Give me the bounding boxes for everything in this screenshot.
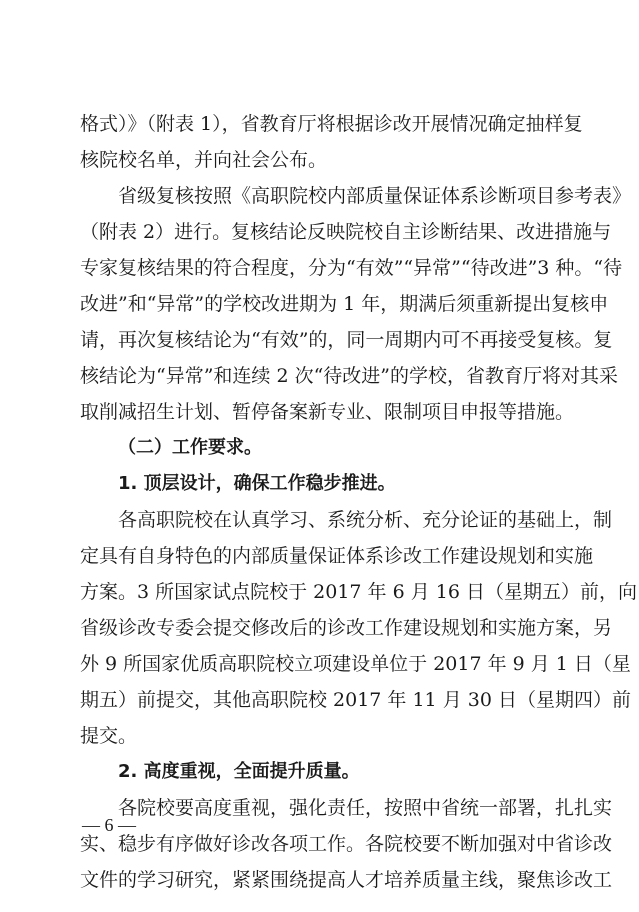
- text-line: 各院校要高度重视，强化责任，按照中省统一部署，扎扎实: [80, 790, 562, 826]
- text-line: 各高职院校在认真学习、系统分析、充分论证的基础上，制: [80, 502, 562, 538]
- text-line: 提交。: [80, 718, 562, 754]
- text-line: 取削减招生计划、暂停备案新专业、限制项目申报等措施。: [80, 394, 562, 430]
- section-heading: （二）工作要求。: [80, 430, 562, 466]
- subsection-heading: 1. 顶层设计，确保工作稳步推进。: [80, 466, 562, 502]
- text-line: 方案。3 所国家试点院校于 2017 年 6 月 16 日（星期五）前，向: [80, 574, 562, 610]
- page-number: — 6 —: [82, 812, 136, 838]
- document-page: 格式）》（附表 1），省教育厅将根据诊改开展情况确定抽样复 核院校名单，并向社会…: [80, 106, 562, 898]
- text-line: 定具有自身特色的内部质量保证体系诊改工作建设规划和实施: [80, 538, 562, 574]
- text-line: 省级诊改专委会提交修改后的诊改工作建设规划和实施方案，另: [80, 610, 562, 646]
- text-line: 外 9 所国家优质高职院校立项建设单位于 2017 年 9 月 1 日（星: [80, 646, 562, 682]
- text-line: 实、稳步有序做好诊改各项工作。各院校要不断加强对中省诊改: [80, 826, 562, 862]
- text-line: 核结论为“异常”和连续 2 次“待改进”的学校，省教育厅将对其采: [80, 358, 562, 394]
- text-line: 格式）》（附表 1），省教育厅将根据诊改开展情况确定抽样复: [80, 106, 562, 142]
- text-line: 期五）前提交，其他高职院校 2017 年 11 月 30 日（星期四）前: [80, 682, 562, 718]
- text-line: 请，再次复核结论为“有效”的，同一周期内可不再接受复核。复: [80, 322, 562, 358]
- text-line: 改进”和“异常”的学校改进期为 1 年，期满后须重新提出复核申: [80, 286, 562, 322]
- subsection-heading: 2. 高度重视，全面提升质量。: [80, 754, 562, 790]
- text-line: 文件的学习研究，紧紧围绕提高人才培养质量主线，聚焦诊改工: [80, 862, 562, 898]
- text-line: 省级复核按照《高职院校内部质量保证体系诊断项目参考表》: [80, 178, 562, 214]
- text-line: 核院校名单，并向社会公布。: [80, 142, 562, 178]
- text-line: （附表 2）进行。复核结论反映院校自主诊断结果、改进措施与: [80, 214, 562, 250]
- text-line: 专家复核结果的符合程度，分为“有效”“异常”“待改进”3 种。“待: [80, 250, 562, 286]
